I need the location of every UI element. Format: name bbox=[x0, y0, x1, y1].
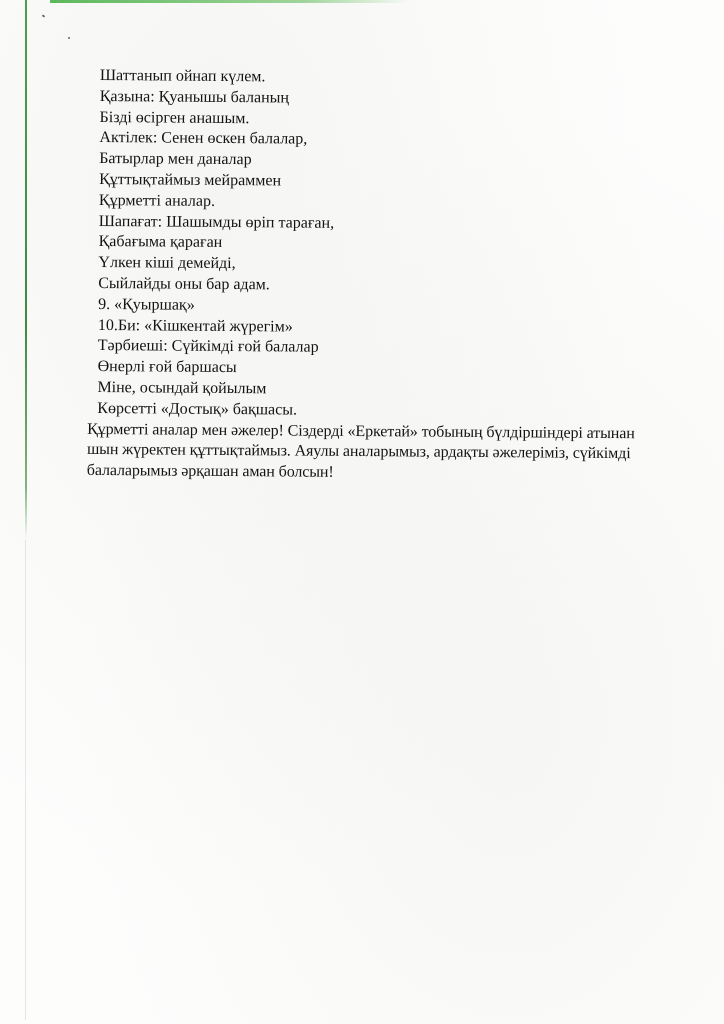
page-left-edge-mark bbox=[25, 0, 27, 540]
document-page: Шаттанып ойнап күлем. Қазына: Қуанышы ба… bbox=[97, 66, 660, 485]
scan-speck bbox=[42, 14, 46, 17]
page-left-edge-faint bbox=[25, 540, 26, 1020]
page-top-edge-mark bbox=[50, 0, 410, 3]
closing-paragraph: Құрметті аналар мен әжелер! Сіздерді «Ер… bbox=[87, 419, 647, 485]
scan-speck bbox=[68, 37, 70, 39]
